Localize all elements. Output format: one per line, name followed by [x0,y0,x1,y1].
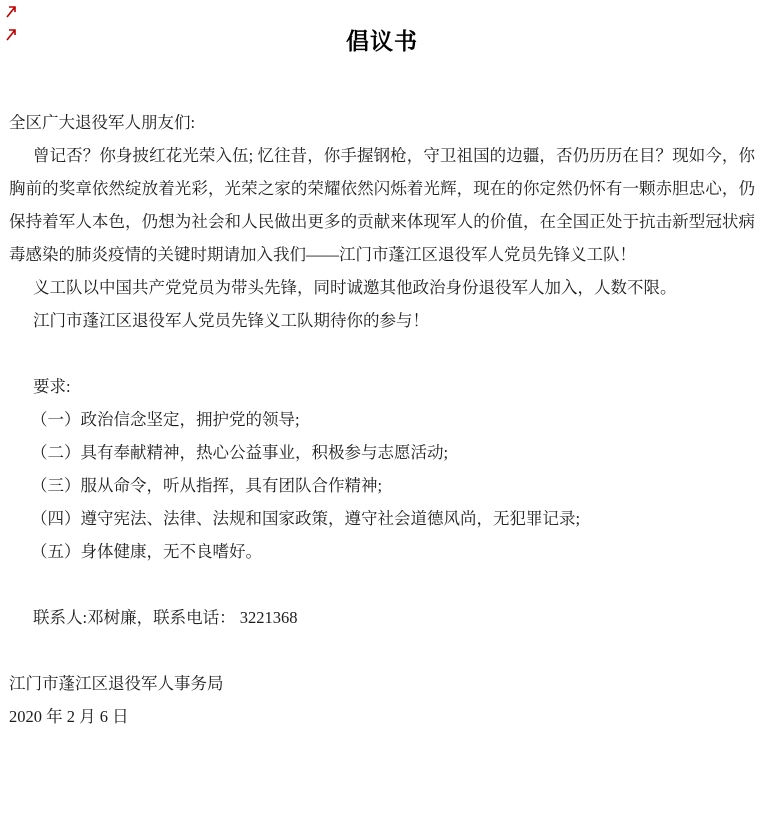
salutation: 全区广大退役军人朋友们: [9,106,755,139]
requirement-item: （一）政治信念坚定，拥护党的领导; [9,403,755,436]
requirement-item: （五）身体健康，无不良嗜好。 [9,535,755,568]
requirement-item: （四）遵守宪法、法律、法规和国家政策，遵守社会道德风尚，无犯罪记录; [9,502,755,535]
spacer [9,634,755,667]
paragraph-invitation: 江门市蓬江区退役军人党员先锋义工队期待你的参与！ [9,304,755,337]
contact-info: 联系人:邓树廉，联系电话： 3221368 [9,601,755,634]
requirements-heading: 要求: [9,370,755,403]
spacer [9,568,755,601]
paragraph-intro: 曾记否？你身披红花光荣入伍; 忆往昔，你手握钢枪，守卫祖国的边疆，否仍历历在目？… [9,139,755,271]
requirement-item: （三）服从命令，听从指挥，具有团队合作精神; [9,469,755,502]
requirement-item: （二）具有奉献精神，热心公益事业，积极参与志愿活动; [9,436,755,469]
document-title: 倡议书 [0,0,764,56]
document-body: 全区广大退役军人朋友们: 曾记否？你身披红花光荣入伍; 忆往昔，你手握钢枪，守卫… [0,106,764,733]
red-annotation-mark-icon [5,27,18,42]
spacer [9,337,755,370]
document-page: 倡议书 全区广大退役军人朋友们: 曾记否？你身披红花光荣入伍; 忆往昔，你手握钢… [0,0,764,823]
red-annotation-mark-icon [5,4,18,19]
signature-org: 江门市蓬江区退役军人事务局 [9,667,755,700]
signature-date: 2020 年 2 月 6 日 [9,700,755,733]
paragraph-membership: 义工队以中国共产党党员为带头先锋，同时诚邀其他政治身份退役军人加入，人数不限。 [9,271,755,304]
